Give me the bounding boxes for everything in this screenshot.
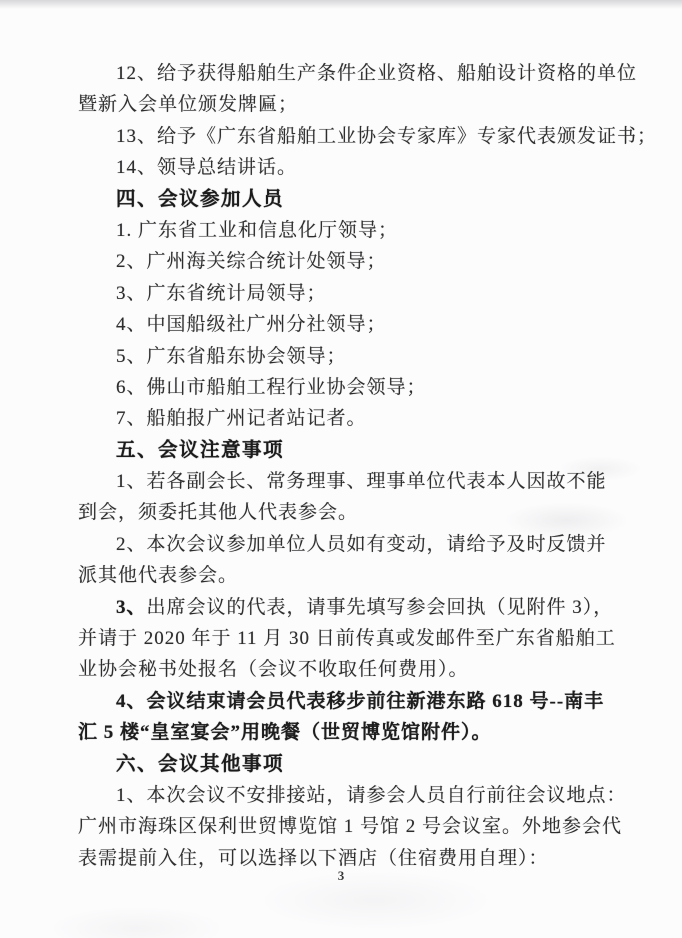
text-line: 暨新入会单位颁发牌匾；	[78, 89, 618, 120]
text-line: 2、广州海关综合统计处领导；	[78, 246, 618, 277]
scan-edge	[0, 0, 682, 6]
text-line: 1、本次会议不安排接站，请参会人员自行前往会议地点：	[78, 780, 618, 811]
text-line: 2、本次会议参加单位人员如有变动，请给予及时反馈并	[78, 529, 618, 560]
text-line: 12、给予获得船舶生产条件企业资格、船舶设计资格的单位	[78, 58, 618, 89]
page-number: 3	[0, 868, 682, 884]
text-line: 7、船舶报广州记者站记者。	[78, 403, 618, 434]
text-line: 4、会议结束请会员代表移步前往新港东路 618 号--南丰	[78, 686, 618, 717]
text-line: 3、出席会议的代表，请事先填写参会回执（见附件 3），	[78, 592, 618, 623]
document-lines: 12、给予获得船舶生产条件企业资格、船舶设计资格的单位暨新入会单位颁发牌匾；13…	[78, 58, 618, 874]
text-line: 1. 广东省工业和信息化厅领导；	[78, 215, 618, 246]
text-line: 到会，须委托其他人代表参会。	[78, 497, 618, 528]
document-page: 12、给予获得船舶生产条件企业资格、船舶设计资格的单位暨新入会单位颁发牌匾；13…	[0, 0, 682, 938]
text-line: 广州市海珠区保利世贸博览馆 1 号馆 2 号会议室。外地参会代	[78, 811, 618, 842]
text-line: 派其他代表参会。	[78, 560, 618, 591]
text-line: 并请于 2020 年于 11 月 30 日前传真或发邮件至广东省船舶工	[78, 623, 618, 654]
section-heading: 四、会议参加人员	[78, 184, 618, 215]
text-line: 业协会秘书处报名（会议不收取任何费用）。	[78, 654, 618, 685]
text-line: 5、广东省船东协会领导；	[78, 341, 618, 372]
text-line: 4、中国船级社广州分社领导；	[78, 309, 618, 340]
section-heading: 五、会议注意事项	[78, 435, 618, 466]
text-line: 1、若各副会长、常务理事、理事单位代表本人因故不能	[78, 466, 618, 497]
text-line: 汇 5 楼“皇室宴会”用晚餐（世贸博览馆附件）。	[78, 717, 618, 748]
section-heading: 六、会议其他事项	[78, 749, 618, 780]
text-line: 14、领导总结讲话。	[78, 152, 618, 183]
text-line: 6、佛山市船舶工程行业协会领导；	[78, 372, 618, 403]
text-line: 13、给予《广东省船舶工业协会专家库》专家代表颁发证书；	[78, 121, 618, 152]
text-line: 3、广东省统计局领导；	[78, 278, 618, 309]
